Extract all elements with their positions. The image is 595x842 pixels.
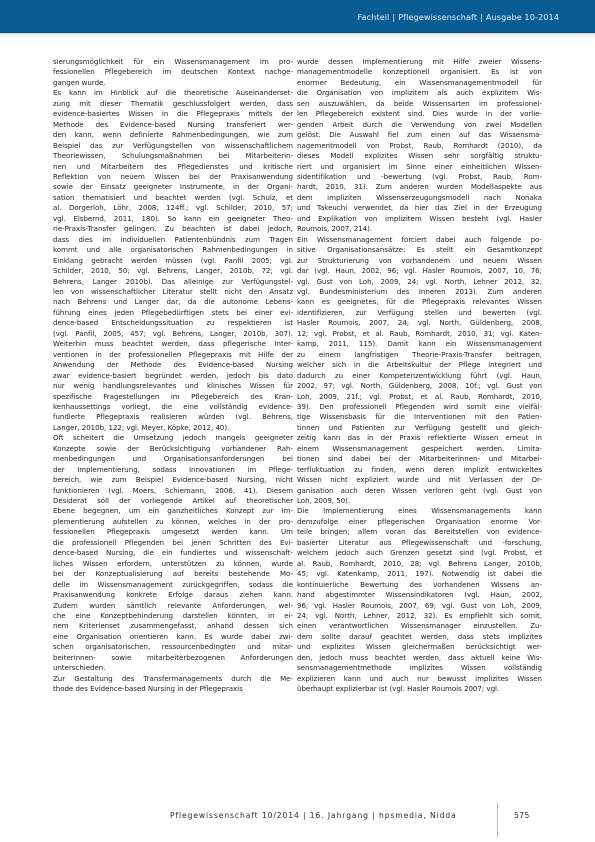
text-line: schen organisatorischen, ressourcenbedin… bbox=[53, 642, 293, 652]
text-line: kommt und alle organisatorischen Rahmenb… bbox=[53, 245, 293, 255]
text-line: delle im Wissensmanagement zurückgegriff… bbox=[53, 580, 293, 590]
text-line: dass dies im individuellen Patientenbünd… bbox=[53, 235, 293, 245]
text-line: identifizieren, zur Verfügung stellen un… bbox=[297, 308, 542, 318]
text-line: zeitig kann das in der Praxis reflektier… bbox=[297, 433, 542, 443]
text-line: Anwendung der Methode des Evidence-based… bbox=[53, 360, 293, 370]
text-line: al. Raub, Romhardt, 2010, 28; vgl. Behre… bbox=[297, 559, 542, 569]
text-line: demzufolge einer pflegerischen Organisat… bbox=[297, 517, 542, 527]
text-line: gangen wurde. bbox=[53, 78, 293, 88]
paragraph: wurde dessen Implementierung mit Hilfe z… bbox=[297, 57, 542, 235]
text-line: hand abgestimmter Wissensindikatoren (vg… bbox=[297, 590, 542, 600]
text-line: kann es geeignetes, für die Pflegepraxis… bbox=[297, 297, 542, 307]
text-line: eine Organisation orientieren kann. Es w… bbox=[53, 632, 293, 642]
paragraph: Oft scheitert die Umsetzung jedoch mange… bbox=[53, 433, 293, 673]
text-line: Einklang gebracht werden müssen (vgl. Pa… bbox=[53, 256, 293, 266]
header-shadow-divider bbox=[0, 33, 595, 37]
footer-divider bbox=[497, 803, 498, 837]
text-line: zwar evidence-basiert begründet werden, … bbox=[53, 371, 293, 381]
text-line: dence-based Entscheidungssituation zu re… bbox=[53, 318, 293, 328]
text-line: dar (vgl. Haun, 2002, 96; vgl. Hasler Ro… bbox=[297, 266, 542, 276]
text-line: Die Implementierung eines Wissensmanagem… bbox=[297, 506, 542, 516]
text-line: Weiterhin muss beachtet werden, dass pfl… bbox=[53, 339, 293, 349]
text-line: kenhaussettings vorliegt, die eine volls… bbox=[53, 402, 293, 412]
right-text-column: wurde dessen Implementierung mit Hilfe z… bbox=[297, 57, 542, 695]
text-line: 24; vgl. North, Lehner, 2012, 32). Es em… bbox=[297, 611, 542, 621]
text-line: dem impliziten Wissenserzeugungsmodell n… bbox=[297, 193, 542, 203]
text-line: Praxisanwendung konkrete Erfolge daraus … bbox=[53, 590, 293, 600]
text-line: fessionellen Pflegebereich im deutschen … bbox=[53, 67, 293, 77]
running-header-bar: Fachteil|Pflegewissenschaft|Ausgabe 10-2… bbox=[0, 0, 595, 33]
header-issue: Ausgabe 10-2014 bbox=[486, 12, 559, 22]
text-line: enormer Bedeutung, ein Wissensmanagement… bbox=[297, 78, 542, 88]
header-journal: Pflegewissenschaft bbox=[398, 12, 477, 22]
text-line: bereich, wie zum Beispiel Evidence-based… bbox=[53, 475, 293, 485]
text-line: vgl. Bundesministerium des Inneren 2013)… bbox=[297, 287, 542, 297]
text-line: zung mit dieser Thematik geschlussfolger… bbox=[53, 99, 293, 109]
text-line: liches Wissen erfordern, unterstützen zu… bbox=[53, 559, 293, 569]
text-line: thode des Evidence-based Nursing in der … bbox=[53, 684, 293, 694]
text-line: zu einem langfristigen Theorie-Praxis-Tr… bbox=[297, 350, 542, 360]
text-line: kamp, 2011, 115). Damit kann ein Wissens… bbox=[297, 339, 542, 349]
text-line: len von wissenschaftlicher Literatur ste… bbox=[53, 287, 293, 297]
text-line: nen und Mitarbeitern des Pflegedienstes … bbox=[53, 162, 293, 172]
text-line: Zudem wurden sämtlich relevante Anforder… bbox=[53, 601, 293, 611]
text-line: al. Dorgerloh, Löhr, 2008, 124ff.; vgl. … bbox=[53, 203, 293, 213]
text-line: plementierung aufstellen zu können, welc… bbox=[53, 517, 293, 527]
paragraph: Zur Gestaltung des Transfermanagements d… bbox=[53, 674, 293, 695]
text-line: dieses Modell explizites Wissen sehr sor… bbox=[297, 151, 542, 161]
text-line: welchem jedoch auch Grenzen gesetzt sind… bbox=[297, 548, 542, 558]
text-line: sowie der Einsatz geeigneter Instrumente… bbox=[53, 182, 293, 192]
text-line: die professionell Pflegenden bei jenen S… bbox=[53, 538, 293, 548]
text-line: Wissen nicht expliziert wurde und mit Ve… bbox=[297, 475, 542, 485]
text-line: sidentifikation und -bewertung (vgl. Pro… bbox=[297, 172, 542, 182]
text-line: ganisation auch deren Wissen verloren ge… bbox=[297, 486, 542, 496]
text-line: sitive Organisationsansätze: Es stellt e… bbox=[297, 245, 542, 255]
text-line: 2002, 97; vgl. North, Güldenberg, 2008, … bbox=[297, 381, 542, 391]
text-line: evidence-basiertes Wissen in die Pflegep… bbox=[53, 109, 293, 119]
text-line: beiterinnen- sowie mitarbeiterbezogenen … bbox=[53, 653, 293, 663]
text-line: 96; vgl. Hasler Roumois, 2007, 69; vgl. … bbox=[297, 601, 542, 611]
text-line: überhaupt explizierbar ist (vgl. Hasler … bbox=[297, 684, 542, 694]
text-line: Schilder, 2010, 50; vgl. Behrens, Langer… bbox=[53, 266, 293, 276]
text-line: kontinuierliche Bewertung des vorhandene… bbox=[297, 580, 542, 590]
text-line: Reflektion von neuem Wissen bei der Prax… bbox=[53, 172, 293, 182]
text-line: bei der Konzeptualisierung auf bereits b… bbox=[53, 569, 293, 579]
text-line: dadurch zu einer Kompetenzentwicklung fü… bbox=[297, 371, 542, 381]
text-line: explizieren kann und auch nur bewusst im… bbox=[297, 674, 542, 684]
text-line: nagementmodell von Probst, Raub, Romhard… bbox=[297, 141, 542, 151]
left-text-column: sierungsmöglichkeit für ein Wissensmanag… bbox=[53, 57, 293, 695]
text-line: die Organisation von implizitem als auch… bbox=[297, 88, 542, 98]
header-separator: | bbox=[392, 12, 395, 22]
text-line: einen verantwortlichen Wissensmanager ei… bbox=[297, 621, 542, 631]
text-line: führung eines jeden Pflegebedürftigen st… bbox=[53, 308, 293, 318]
text-line: Ebene begegnen, um ein ganzheitliches Ko… bbox=[53, 506, 293, 516]
text-line: riert und organisiert im Sinne einer ein… bbox=[297, 162, 542, 172]
footer-citation: Pflegewissenschaft 10/2014 | 16. Jahrgan… bbox=[170, 811, 457, 820]
page-number: 575 bbox=[514, 811, 530, 820]
text-line: fessionellen Pflegepraxis umgesetzt werd… bbox=[53, 527, 293, 537]
text-line: und explizites Wissen gleichermaßen berü… bbox=[297, 642, 542, 652]
text-line: teile bringen; allem voran das Bereitste… bbox=[297, 527, 542, 537]
text-line: len Pflegebereich existent sind. Dies wu… bbox=[297, 109, 542, 119]
text-line: managementmodelle konzeptionell organisi… bbox=[297, 67, 542, 77]
paragraph: Ein Wissensmanagement forciert dabei auc… bbox=[297, 235, 542, 507]
text-line: genden Arbeit durch die Verwendung von z… bbox=[297, 120, 542, 130]
text-line: den kann, wenn definierte Rahmenbedingun… bbox=[53, 130, 293, 140]
text-line: Oft scheitert die Umsetzung jedoch mange… bbox=[53, 433, 293, 443]
text-line: Konzepte sowie der Berücksichtigung vorh… bbox=[53, 444, 293, 454]
text-line: vgl. Elsbernd, 2011, 180). So kann ein g… bbox=[53, 214, 293, 224]
text-line: 39). Den professionell Pflegenden wird s… bbox=[297, 402, 542, 412]
text-line: dence-based Nursing, die ein fundiertes … bbox=[53, 548, 293, 558]
text-line: hardt, 2010, 31). Zum anderen wurden Mod… bbox=[297, 182, 542, 192]
text-line: Desiderat soll der vorliegende Artikel a… bbox=[53, 496, 293, 506]
text-line: Loh, 2009, 50). bbox=[297, 496, 542, 506]
text-line: fundierte Pflegepraxis realisieren würde… bbox=[53, 412, 293, 422]
text-line: Langer, 2010b, 122; vgl. Meyer, Köpke, 2… bbox=[53, 423, 293, 433]
text-line: wurde dessen Implementierung mit Hilfe z… bbox=[297, 57, 542, 67]
text-line: der Implementierung, sodass Innovationen… bbox=[53, 465, 293, 475]
text-line: ventionen in der professionellen Pflegep… bbox=[53, 350, 293, 360]
text-line: Methode des Evidence-based Nursing trans… bbox=[53, 120, 293, 130]
text-line: sensmanagementmethode implizites Wissen … bbox=[297, 663, 542, 673]
text-line: und Explikation von implizitem Wissen be… bbox=[297, 214, 542, 224]
text-line: Theoriewissen, Schulungsmaßnahmen bei Mi… bbox=[53, 151, 293, 161]
text-line: Behrens, Langer 2010b). Das alleinige zu… bbox=[53, 277, 293, 287]
text-line: nem Kriterienset zusammengefasst, anhand… bbox=[53, 621, 293, 631]
text-line: tionen sind dabei bei der Mitarbeiterinn… bbox=[297, 454, 542, 464]
text-line: spezifische Fragestellungen im Pflegeber… bbox=[53, 392, 293, 402]
header-separator: | bbox=[480, 12, 483, 22]
text-line: sation thematisiert und beachtet werden … bbox=[53, 193, 293, 203]
text-line: und Takeuchi verwendet, da hier das Ziel… bbox=[297, 203, 542, 213]
text-line: gelöst. Die Auswahl fiel zum einen auf d… bbox=[297, 130, 542, 140]
text-line: menbedingungen und Organisationsanforder… bbox=[53, 454, 293, 464]
text-line: zur Strukturierung von vorhandenem und n… bbox=[297, 256, 542, 266]
paragraph: Es kann im Hinblick auf die theoretische… bbox=[53, 88, 293, 433]
text-line: sierungsmöglichkeit für ein Wissensmanag… bbox=[53, 57, 293, 67]
text-line: Loh, 2009, 21f.; vgl. Probst, et al. Rau… bbox=[297, 392, 542, 402]
text-line: Zur Gestaltung des Transfermanagements d… bbox=[53, 674, 293, 684]
text-line: basierter Literatur aus Pflegewissenscha… bbox=[297, 538, 542, 548]
text-line: unterschieden. bbox=[53, 663, 293, 673]
text-line: funktionieren (vgl. Moers, Schiemann, 20… bbox=[53, 486, 293, 496]
text-line: tige Wissensbasis für die Interventionen… bbox=[297, 412, 542, 422]
text-line: terfluktuation zu finden, wenn deren imp… bbox=[297, 465, 542, 475]
text-line: nach Behrens und Langer dar, da die auto… bbox=[53, 297, 293, 307]
text-line: (vgl. Panfil, 2005, 457; vgl. Behrens, L… bbox=[53, 329, 293, 339]
text-line: Es kann im Hinblick auf die theoretische… bbox=[53, 88, 293, 98]
text-line: tinnen und Patienten zur Verfügung geste… bbox=[297, 423, 542, 433]
text-line: Beispiel das zur Verfügungstellen von wi… bbox=[53, 141, 293, 151]
text-line: einem Wissensmanagement gespeichert werd… bbox=[297, 444, 542, 454]
text-line: nur wenig handlungsrelevantes und klinis… bbox=[53, 381, 293, 391]
running-header-text: Fachteil|Pflegewissenschaft|Ausgabe 10-2… bbox=[358, 12, 560, 22]
header-section: Fachteil bbox=[358, 12, 390, 22]
text-line: 45; vgl. Katenkamp, 2011, 197). Notwendi… bbox=[297, 569, 542, 579]
text-line: Ein Wissensmanagement forciert dabei auc… bbox=[297, 235, 542, 245]
text-line: che eine Konzeptbehinderung darstellen k… bbox=[53, 611, 293, 621]
text-line: Roumois, 2007, 214). bbox=[297, 224, 542, 234]
text-line: sen auszuwählen, da beide Wissensarten i… bbox=[297, 99, 542, 109]
text-line: vgl. Gust von Loh, 2009, 24; vgl. North,… bbox=[297, 277, 542, 287]
text-line: welcher sich in die Arbeitskultur der Pf… bbox=[297, 360, 542, 370]
text-line: dem sollte darauf geachtet werden, dass … bbox=[297, 632, 542, 642]
paragraph: sierungsmöglichkeit für ein Wissensmanag… bbox=[53, 57, 293, 88]
text-line: rie-Praxis-Transfer gelingen. Zu beachte… bbox=[53, 224, 293, 234]
text-line: den, jedoch muss beachtet werden, dass a… bbox=[297, 653, 542, 663]
text-line: Hasler Roumois, 2007, 24; vgl. North, Gü… bbox=[297, 318, 542, 328]
text-line: 12; vgl. Probst, et al. Raub, Romhardt, … bbox=[297, 329, 542, 339]
paragraph: Die Implementierung eines Wissensmanagem… bbox=[297, 506, 542, 694]
